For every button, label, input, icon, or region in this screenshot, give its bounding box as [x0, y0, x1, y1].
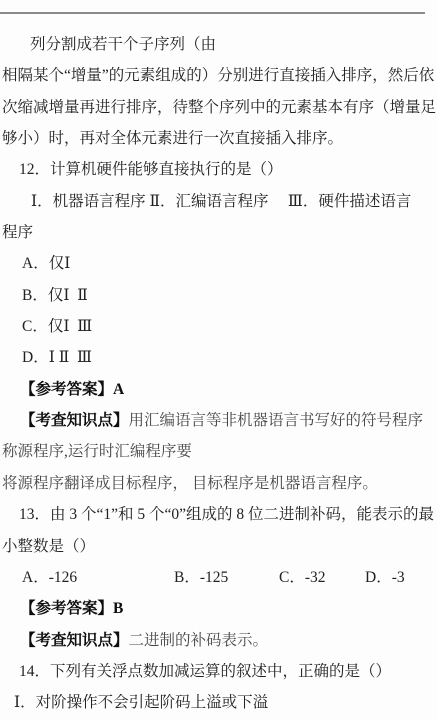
question-13-knowledge: 【考查知识点】二进制的补码表示。: [2, 625, 433, 656]
question-14-item-1: Ⅰ．对阶操作不会引起阶码上溢或下溢: [2, 687, 433, 718]
text-run: 小整数是（）: [2, 538, 95, 555]
text-run: 13．由 3 个“1”和 5 个“0”组成的 8 位二进制补码，能表示的最: [19, 506, 434, 523]
text-run: C．仅Ⅰ Ⅲ: [22, 318, 92, 335]
question-12-items-line-1: Ⅰ．机器语言程序 Ⅱ．汇编语言程序 Ⅲ．硬件描述语言: [2, 186, 433, 217]
question-12-option-b: B．仅Ⅰ Ⅱ: [2, 280, 433, 311]
text-run: 12．计算机硬件能够直接执行的是（）: [19, 161, 283, 178]
text-run: Ⅰ．对阶操作不会引起阶码上溢或下溢: [14, 694, 268, 711]
option-cell: B．-125: [174, 562, 279, 593]
question-12-knowledge-line-1: 【考查知识点】用汇编语言等非机器语言书写好的符号程序: [2, 405, 433, 436]
question-13-stem-line-2: 小整数是（）: [2, 531, 433, 562]
document-page: 列分割成若干个子序列（由相隔某个“增量”的元素组成的）分别进行直接插入排序，然后…: [0, 0, 437, 720]
text-run: 二进制的补码表示。: [129, 632, 269, 649]
question-13-stem-line-1: 13．由 3 个“1”和 5 个“0”组成的 8 位二进制补码，能表示的最: [2, 499, 433, 530]
text-run: B．仅Ⅰ Ⅱ: [22, 287, 88, 304]
question-12-knowledge-line-2: 称源程序,运行时汇编程序要: [2, 436, 433, 467]
text-run: 14．下列有关浮点数加减运算的叙述中，正确的是（）: [19, 663, 391, 680]
question-14-stem: 14．下列有关浮点数加减运算的叙述中，正确的是（）: [2, 656, 433, 687]
question-12-option-d: D．Ⅰ Ⅱ Ⅲ: [2, 342, 433, 373]
para-shell-sort-line-1: 列分割成若干个子序列（由: [2, 29, 433, 60]
page-top-rule: [0, 12, 425, 14]
question-13-answer: 【参考答案】B: [2, 593, 433, 624]
question-12-knowledge-line-3: 将源程序翻译成目标程序， 目标程序是机器语言程序。: [2, 468, 433, 499]
bold-text-run: 【参考答案】A: [20, 381, 124, 398]
para-shell-sort-line-3: 次缩减增量再进行排序，待整个序列中的元素基本有序（增量足: [2, 92, 433, 123]
text-run: 列分割成若干个子序列（由: [30, 36, 216, 53]
text-run: 用汇编语言等非机器语言书写好的符号程序: [129, 412, 424, 429]
text-run: 次缩减增量再进行排序，待整个序列中的元素基本有序（增量足: [2, 99, 436, 116]
question-12-answer: 【参考答案】A: [2, 374, 433, 405]
para-shell-sort-line-2: 相隔某个“增量”的元素组成的）分别进行直接插入排序，然后依: [2, 60, 433, 91]
bold-text-run: 【考查知识点】: [20, 632, 129, 649]
option-cell: A．-126: [22, 562, 174, 593]
document-body: 列分割成若干个子序列（由相隔某个“增量”的元素组成的）分别进行直接插入排序，然后…: [2, 29, 433, 719]
text-run: Ⅰ．机器语言程序 Ⅱ．汇编语言程序 Ⅲ．硬件描述语言: [31, 193, 411, 210]
text-run: 将源程序翻译成目标程序， 目标程序是机器语言程序。: [2, 475, 378, 492]
question-12-items-line-2: 程序: [2, 217, 433, 248]
option-cell: C．-32: [279, 562, 365, 593]
bold-text-run: 【参考答案】B: [20, 600, 123, 617]
question-12-stem: 12．计算机硬件能够直接执行的是（）: [2, 154, 433, 185]
option-cell: D．-3: [365, 562, 405, 593]
text-run: A．仅Ⅰ: [22, 255, 70, 272]
text-run: 程序: [2, 224, 33, 241]
text-run: D．Ⅰ Ⅱ Ⅲ: [22, 349, 92, 366]
text-run: 相隔某个“增量”的元素组成的）分别进行直接插入排序，然后依: [2, 67, 434, 84]
bold-text-run: 【考查知识点】: [20, 412, 129, 429]
question-13-options-row: A．-126B．-125C．-32D．-3: [2, 562, 433, 593]
question-12-option-c: C．仅Ⅰ Ⅲ: [2, 311, 433, 342]
text-run: 够小）时，再对全体元素进行一次直接插入排序。: [2, 130, 343, 147]
question-12-option-a: A．仅Ⅰ: [2, 248, 433, 279]
text-run: 称源程序,运行时汇编程序要: [2, 443, 192, 460]
para-shell-sort-line-4: 够小）时，再对全体元素进行一次直接插入排序。: [2, 123, 433, 154]
